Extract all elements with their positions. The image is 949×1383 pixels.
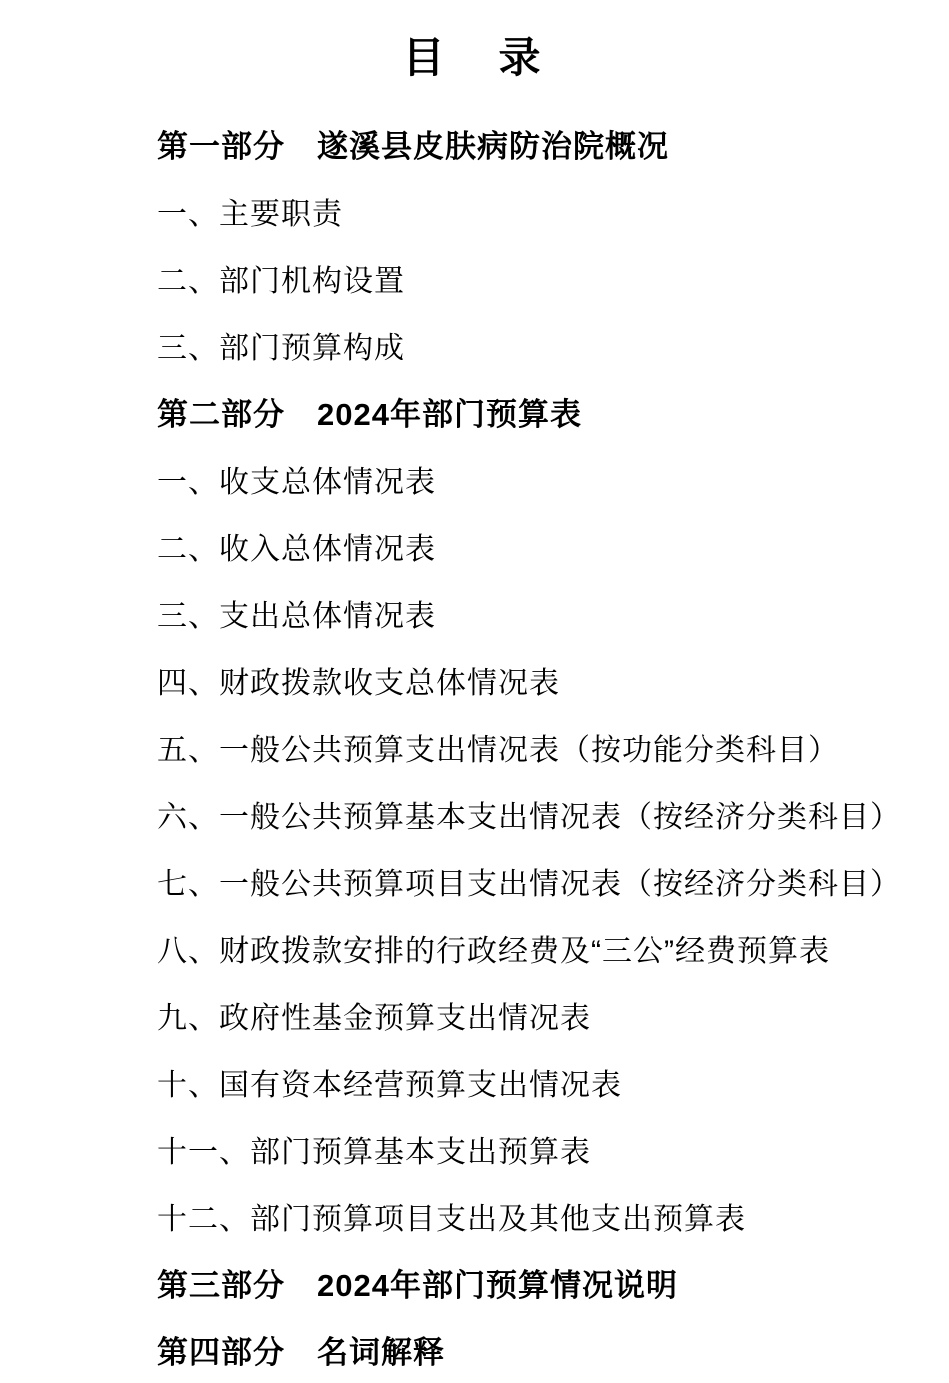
toc-entry: 四、财政拨款收支总体情况表	[0, 646, 949, 713]
toc-entry: 一、收支总体情况表	[0, 445, 949, 512]
toc-entry: 十一、部门预算基本支出预算表	[0, 1115, 949, 1182]
document-page: 目 录 第一部分 遂溪县皮肤病防治院概况 一、主要职责 二、部门机构设置 三、部…	[0, 0, 949, 1383]
toc-entry: 七、一般公共预算项目支出情况表（按经济分类科目）	[0, 847, 949, 914]
toc-part-heading: 第四部分 名词解释	[0, 1316, 949, 1383]
toc-entry: 二、收入总体情况表	[0, 512, 949, 579]
toc-entry: 十二、部门预算项目支出及其他支出预算表	[0, 1182, 949, 1249]
toc-part-heading: 第一部分 遂溪县皮肤病防治院概况	[0, 110, 949, 177]
toc-entry: 九、政府性基金预算支出情况表	[0, 981, 949, 1048]
toc-entry: 十、国有资本经营预算支出情况表	[0, 1048, 949, 1115]
toc-entry: 三、部门预算构成	[0, 311, 949, 378]
toc-part-heading: 第二部分 2024年部门预算表	[0, 378, 949, 445]
toc-part-heading: 第三部分 2024年部门预算情况说明	[0, 1249, 949, 1316]
toc-list: 第一部分 遂溪县皮肤病防治院概况 一、主要职责 二、部门机构设置 三、部门预算构…	[0, 110, 949, 1383]
toc-entry: 三、支出总体情况表	[0, 579, 949, 646]
toc-entry: 八、财政拨款安排的行政经费及“三公”经费预算表	[0, 914, 949, 981]
toc-entry: 一、主要职责	[0, 177, 949, 244]
toc-entry: 六、一般公共预算基本支出情况表（按经济分类科目）	[0, 780, 949, 847]
toc-entry: 二、部门机构设置	[0, 244, 949, 311]
page-title: 目 录	[0, 0, 949, 110]
toc-entry: 五、一般公共预算支出情况表（按功能分类科目）	[0, 713, 949, 780]
